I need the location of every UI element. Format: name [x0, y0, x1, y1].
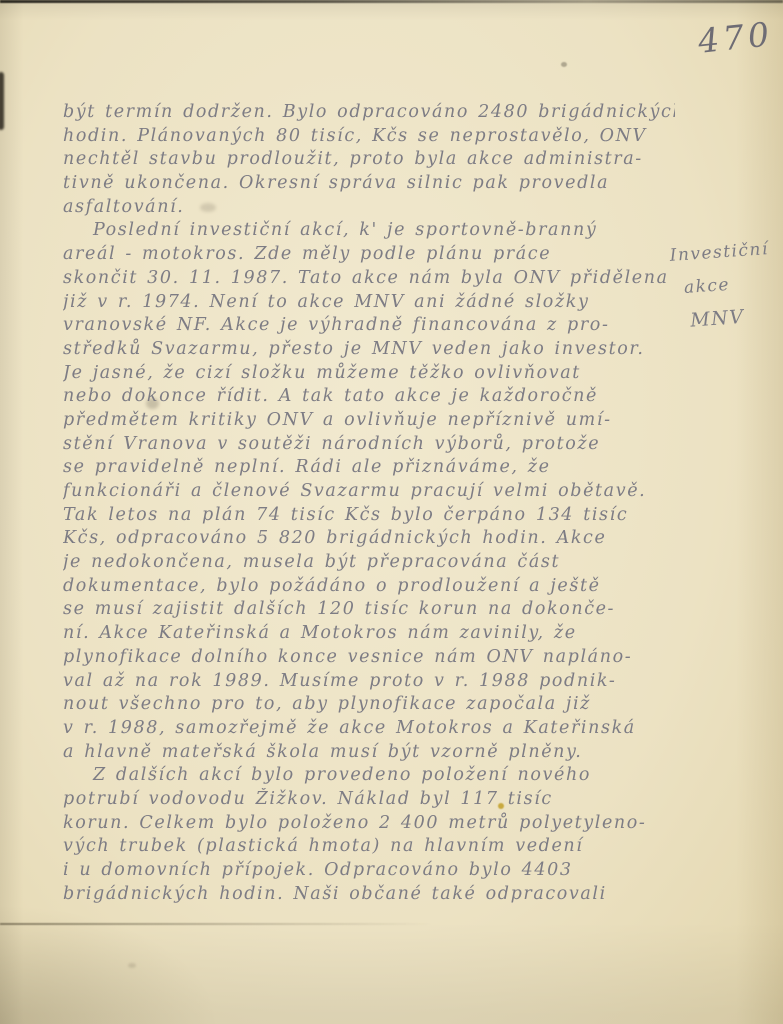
margin-note-line: MNV	[673, 298, 783, 339]
text-line: funkcionáři a členové Svazarmu pracují v…	[63, 480, 675, 504]
text-line: nechtěl stavbu prodloužit, proto byla ak…	[63, 148, 675, 172]
paper-smudge	[128, 963, 136, 968]
text-line: je nedokončena, musela být přepracována …	[63, 551, 675, 575]
text-line: v r. 1988, samozřejmě že akce Motokros a…	[63, 717, 675, 741]
text-line: dokumentace, bylo požádáno o prodloužení…	[63, 575, 675, 599]
text-line: plynofikace dolního konce vesnice nám ON…	[63, 646, 675, 670]
text-line: brigádnických hodin. Naši občané také od…	[63, 883, 675, 907]
text-line: Je jasné, že cizí složku můžeme těžko ov…	[63, 362, 675, 386]
corner-shadow	[0, 904, 220, 1024]
text-line: i u domovních přípojek. Odpracováno bylo…	[63, 859, 675, 883]
text-line: nout všechno pro to, aby plynofikace zap…	[63, 693, 675, 717]
text-line: stění Vranova v soutěži národních výborů…	[63, 433, 675, 457]
text-line: vých trubek (plastická hmota) na hlavním…	[63, 835, 675, 859]
text-line: se pravidelně neplní. Rádi ale přiznávám…	[63, 456, 675, 480]
paper-speck	[561, 62, 567, 67]
text-line: vranovské NF. Akce je výhradně financová…	[63, 314, 675, 338]
margin-note: InvestičníakceMNV	[669, 232, 783, 338]
text-line: korun. Celkem bylo položeno 2 400 metrů …	[63, 812, 675, 836]
text-line: být termín dodržen. Bylo odpracováno 248…	[63, 101, 675, 125]
text-line: asfaltování.	[63, 196, 675, 220]
text-line: Poslední investiční akcí, k' je sportovn…	[63, 219, 675, 243]
page-edge-shadow-top	[0, 0, 783, 3]
page-edge-mark-left	[0, 72, 4, 130]
chronicle-page: 470 InvestičníakceMNV být termín dodržen…	[0, 0, 783, 1024]
text-line: tivně ukončena. Okresní správa silnic pa…	[63, 172, 675, 196]
text-line: se musí zajistit dalších 120 tisíc korun…	[63, 598, 675, 622]
text-line: ní. Akce Kateřinská a Motokros nám zavin…	[63, 622, 675, 646]
text-line: Kčs, odpracováno 5 820 brigádnických hod…	[63, 527, 675, 551]
handwritten-text: být termín dodržen. Bylo odpracováno 248…	[63, 101, 675, 906]
text-line: hodin. Plánovaných 80 tisíc, Kčs se nepr…	[63, 125, 675, 149]
text-line: nebo dokonce řídit. A tak tato akce je k…	[63, 385, 675, 409]
text-line: potrubí vodovodu Žižkov. Náklad byl 117 …	[63, 788, 675, 812]
text-line: středků Svazarmu, přesto je MNV veden ja…	[63, 338, 675, 362]
page-number: 470	[696, 14, 775, 61]
text-line: Tak letos na plán 74 tisíc Kčs bylo čerp…	[63, 504, 675, 528]
text-line: předmětem kritiky ONV a ovlivňuje nepříz…	[63, 409, 675, 433]
text-line: a hlavně mateřská škola musí být vzorně …	[63, 741, 675, 765]
text-line: val až na rok 1989. Musíme proto v r. 19…	[63, 670, 675, 694]
text-line: areál - motokros. Zde měly podle plánu p…	[63, 243, 675, 267]
text-line: již v r. 1974. Není to akce MNV ani žádn…	[63, 291, 675, 315]
text-line: Z dalších akcí bylo provedeno položení n…	[63, 764, 675, 788]
text-line: skončit 30. 11. 1987. Tato akce nám byla…	[63, 267, 675, 291]
